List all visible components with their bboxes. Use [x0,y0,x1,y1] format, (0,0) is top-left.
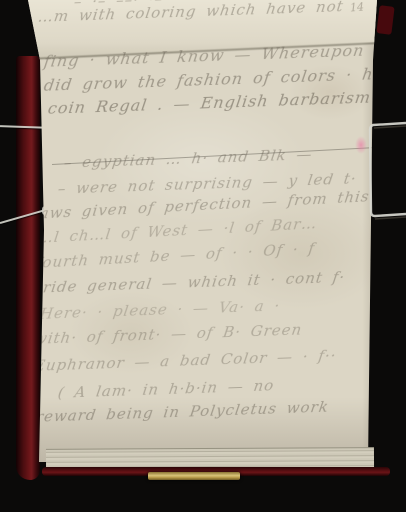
handwriting-line: reward being in Polycletus work [35,398,330,426]
handwriting-line: Euphranor — a bad Color — · f·· [33,346,338,375]
handwriting-line: with· of front· — of B· Green [33,321,304,348]
notebook-page: – ·– ––· ·– …m with coloring which have … [24,0,380,462]
handwriting-line: ( A lam· in h·b·in — no [57,376,276,402]
brass-clasp [148,472,240,480]
book-spine-left [16,56,40,480]
page-number: 14 [350,1,365,15]
clip-wire [370,123,406,216]
cover-corner-top-right [376,5,394,35]
handwriting-line: Here· · please · — Va· a · [39,297,282,323]
handwriting-line: Pride general — which it · cont f· [31,268,347,297]
handwriting-line: – egyptian … h· and Blk — [63,145,314,172]
photo-stage: – ·– ––· ·– …m with coloring which have … [0,0,406,512]
clip-wire-shadow [374,126,406,219]
page-clip-right [360,114,406,226]
